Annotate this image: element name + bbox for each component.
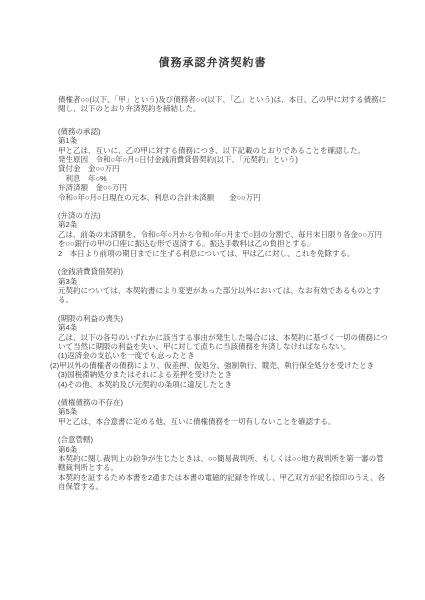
section-forfeiture-of-term-benefit: (期限の利益の喪失) 第4条 乙は、以下の各号のいずれかに該当する事由が発生した…	[58, 314, 389, 389]
section-heading: (期限の利益の喪失)	[58, 314, 389, 323]
article-number: 第5条	[58, 407, 389, 416]
paragraph: 利息 年○%	[58, 174, 389, 183]
list-item: (2)甲以外の債権者の債務により、仮差押、仮処分、強制執行、競売、執行保全処分を…	[58, 361, 389, 370]
paragraph: 弁済済額 金○○万円	[58, 183, 389, 192]
article-number: 第6条	[58, 445, 389, 454]
list-item: (3)国税滞納処分またはそれによる差押を受けたとき	[58, 370, 389, 379]
list-item: (4)その他、本契約及び元契約の条項に違反したとき	[58, 380, 389, 389]
paragraph: 甲と乙は、互いに、乙の甲に対する債務につき、以下記載のとおりであることを確認した…	[58, 146, 389, 155]
section-heading: (債務の承認)	[58, 127, 389, 136]
section-heading: (金銭消費貸借契約)	[58, 267, 389, 276]
section-jurisdiction: (合意管轄) 第6条 本契約に関し裁判上の紛争が生じたときは、○○簡易裁判所、も…	[58, 435, 389, 473]
section-no-other-obligations: (債権債務の不存在) 第5条 甲と乙は、本合意書に定める他、互いに債権債務を一切…	[58, 398, 389, 426]
article-number: 第1条	[58, 136, 389, 145]
paragraph: 甲と乙は、本合意書に定める他、互いに債権債務を一切有しないことを確認する。	[58, 417, 389, 426]
paragraph: 貸付金 金○○万円	[58, 164, 389, 173]
section-repayment-method: (弁済の方法) 第2条 乙は、前条の未済額を、令和○年○月から令和○年○月まで○…	[58, 211, 389, 258]
paragraph: 令和○年○月○日現在の元本、利息の合計未済額 金○○万円	[58, 193, 389, 202]
section-debt-acknowledgment: (債務の承認) 第1条 甲と乙は、互いに、乙の甲に対する債務につき、以下記載のと…	[58, 127, 389, 202]
document-title: 債務承認弁済契約書	[0, 57, 425, 69]
section-loan-contract: (金銭消費貸借契約) 第3条 元契約については、本契約書により変更があった部分以…	[58, 267, 389, 305]
article-number: 第2条	[58, 220, 389, 229]
paragraph: 2 本日より前項の期日までに生ずる利息については、甲は乙に対し、これを免除する。	[58, 249, 389, 258]
article-number: 第3条	[58, 277, 389, 286]
list-item: (1)返済金の支払いを一度でも怠ったとき	[58, 351, 389, 360]
section-heading: (合意管轄)	[58, 435, 389, 444]
section-heading: (債権債務の不存在)	[58, 398, 389, 407]
paragraph: 元契約については、本契約書により変更があった部分以外においては、なお有効であるも…	[58, 286, 389, 305]
contract-page: 債務承認弁済契約書 債権者○○(以下、「甲」という)及び債務者○○(以下、「乙」…	[0, 0, 425, 600]
preamble-paragraph: 債権者○○(以下、「甲」という)及び債務者○○(以下、「乙」という)は、本日、乙…	[58, 95, 389, 114]
paragraph: 乙は、前条の未済額を、令和○年○月から令和○年○月まで○回の分割で、毎月末日限り…	[58, 230, 389, 249]
paragraph: 本契約に関し裁判上の紛争が生じたときは、○○簡易裁判所、もしくは○○地方裁判所を…	[58, 454, 389, 473]
paragraph: 乙は、以下の各号のいずれかに該当する事由が発生した場合には、本契約に基づく一切の…	[58, 333, 389, 352]
closing-paragraph: 本契約を証するため本書を2通または本書の電磁的記録を作成し、甲乙双方が記名捺印の…	[58, 473, 389, 492]
section-heading: (弁済の方法)	[58, 211, 389, 220]
article-number: 第4条	[58, 323, 389, 332]
